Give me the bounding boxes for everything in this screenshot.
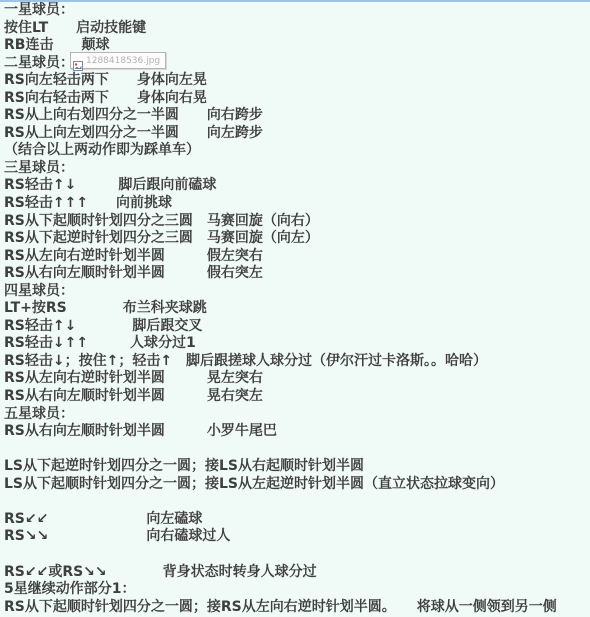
text-line: RS向右轻击两下 身体向右晃 <box>4 90 590 108</box>
text-line: RS从右向左顺时针划半圆 假右突左 <box>4 265 590 283</box>
text-line: 三星球员： <box>4 160 590 178</box>
text-line: RS轻击↓↑↑ 人球分过1 <box>4 335 590 353</box>
text-line: RS↘↘ 向右磕球过人 <box>4 528 590 546</box>
text-line: RS轻击↑↓ 脚后跟向前磕球 <box>4 177 590 195</box>
text-line: RS↙↙ 向左磕球 <box>4 511 590 529</box>
text-line: 按住LT 启动技能键 <box>4 20 590 38</box>
text-line: RS从上向左划四分之一半圆 向左跨步 <box>4 125 590 143</box>
text-line: RS↙↙或RS↘↘ 背身状态时转身人球分过 <box>4 564 590 582</box>
image-placeholder-tooltip: 1288418536.jpg <box>70 52 166 69</box>
text-line: LS从下起顺时针划四分之一圆；接LS从左起逆时针划半圆（直立状态拉球变向） <box>4 476 590 494</box>
text-line: RS轻击↑↑↑ 向前挑球 <box>4 195 590 213</box>
text-line: RS轻击↓；按住↑；轻击↑ 脚后跟搓球人球分过（伊尔汗过卡洛斯。。哈哈） <box>4 353 590 371</box>
text-line: RS从下起逆时针划四分之三圆 马赛回旋（向左） <box>4 230 590 248</box>
text-line: 一星球员： <box>4 2 590 20</box>
text-line: RS从右向左顺时针划半圆 小罗牛尾巴 <box>4 423 590 441</box>
text-line: RS向左轻击两下 身体向左晃 <box>4 72 590 90</box>
text-line: RS从下起顺时针划四分之一圆；接RS从左向右逆时针划半圆。 将球从一侧领到另一侧 <box>4 599 590 617</box>
text-line: RS轻击↑↓ 脚后跟交叉 <box>4 318 590 336</box>
text-line <box>4 546 590 564</box>
text-line: LT+按RS 布兰科夹球跳 <box>4 300 590 318</box>
text-line: （结合以上两动作即为踩单车） <box>4 142 590 160</box>
text-line: RS从上向右划四分之一半圆 向右跨步 <box>4 107 590 125</box>
text-line: 四星球员： <box>4 283 590 301</box>
skill-move-list: 一星球员：按住LT 启动技能键RB连击 颠球二星球员：RS向左轻击两下 身体向左… <box>4 2 590 617</box>
text-line <box>4 493 590 511</box>
text-line: RS从右向左顺时针划半圆 晃右突左 <box>4 388 590 406</box>
broken-image-icon <box>73 56 83 66</box>
text-line: RS从左向右逆时针划半圆 假左突右 <box>4 248 590 266</box>
skill-guide-page: 一星球员：按住LT 启动技能键RB连击 颠球二星球员：RS向左轻击两下 身体向左… <box>0 0 590 617</box>
text-line: 5星继续动作部分1： <box>4 581 590 599</box>
image-filename: 1288418536.jpg <box>86 56 160 66</box>
text-line: 五星球员： <box>4 406 590 424</box>
text-line: RS从下起顺时针划四分之三圆 马赛回旋（向右） <box>4 213 590 231</box>
text-line <box>4 441 590 459</box>
text-line: RS从左向右逆时针划半圆 晃左突右 <box>4 370 590 388</box>
text-line: LS从下起逆时针划四分之一圆；接LS从右起顺时针划半圆 <box>4 458 590 476</box>
